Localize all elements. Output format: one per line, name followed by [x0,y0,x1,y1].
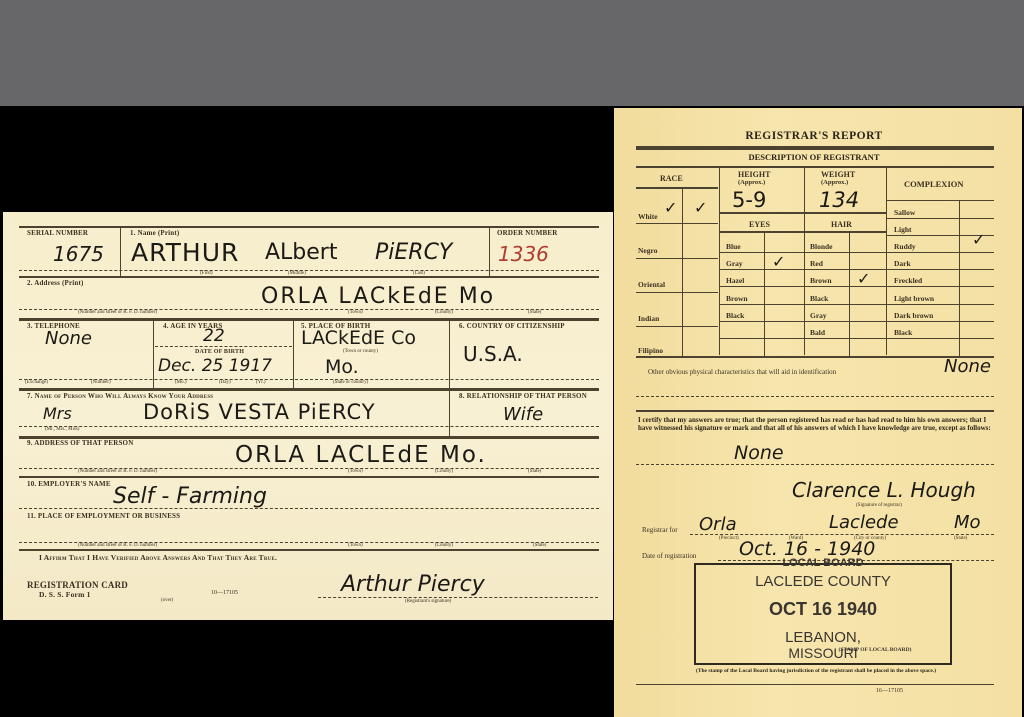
eyes-blue: Blue [726,242,741,251]
height-sub-header: (Approx.) [738,179,765,186]
weight-sub-header: (Approx.) [821,179,848,186]
age-value: 22 [203,326,225,346]
name-label: 1. Name (Print) [130,229,179,237]
county-caption: (County) [435,310,453,315]
eyes-header: EYES [749,220,770,229]
registrar-state-caption: (State) [954,536,967,541]
town-or-county-caption: (Town or county) [343,349,378,354]
contact-address-value: ORLA LACLEdE Mo. [235,442,487,468]
race-oriental: Oriental [638,280,665,289]
form-name: D. S. S. Form 1 [39,590,91,599]
certify-statement: I certify that my answers are true; that… [638,416,1000,432]
citizenship-label: 6. Country of Citizenship [459,322,565,330]
complexion-dark-brown: Dark brown [894,311,933,320]
hair-brown: Brown [810,276,832,285]
contact-name-value: DoRiS VESTA PiERCY [143,400,376,424]
name-last-value: PiERCY [375,240,452,265]
address-value: ORLA LACkEdE Mo [261,284,495,309]
race-white: White [638,212,658,221]
citizenship-value: U.S.A. [463,342,523,366]
weight-header: WEIGHT [821,170,855,179]
complexion-ruddy-checkmark-icon: ✓ [972,230,985,249]
complexion-black: Black [894,328,912,337]
mo-caption: (Mo.) [175,380,187,385]
contact-address-label: 9. Address of That Person [27,439,133,447]
race-negro: Negro [638,246,657,255]
height-header: HEIGHT [738,170,770,179]
telephone-value: None [45,328,92,349]
registrar-for-label: Registrar for [642,526,678,534]
stamp-caption: (STAMP OF LOCAL BOARD) [748,647,1002,653]
description-subtitle: DESCRIPTION OF REGISTRANT [614,152,1014,162]
employment-county-caption: (County) [435,543,453,548]
hair-blonde: Blonde [810,242,833,251]
exceptions-value: None [734,442,784,464]
employment-place-label: 11. Place of Employment or Business [27,512,180,520]
stamp-date: OCT 16 1940 [696,599,950,620]
serial-number-label: SERIAL NUMBER [27,229,88,237]
hair-black: Black [810,294,828,303]
eyes-black: Black [726,311,744,320]
complexion-dark: Dark [894,259,911,268]
form-code: 10—17105 [211,590,238,596]
registration-card-back: REGISTRAR'S REPORT DESCRIPTION OF REGIST… [614,108,1022,717]
contact-title-value: Mrs [43,404,72,423]
complexion-ruddy: Ruddy [894,242,916,251]
hair-header: HAIR [831,220,852,229]
state-caption: (State) [528,310,541,315]
birthplace-town-value: LACkEdE Co [301,327,416,349]
relationship-value: Wife [503,404,543,425]
address-label: 2. Address (Print) [27,279,84,287]
race-white-checkmark-icon: ✓ [664,198,677,217]
registrar-signature-caption: (Signature of registrar) [856,503,902,508]
contact-town-caption: (Town) [348,469,363,474]
weight-value: 134 [819,188,859,212]
county-value: Laclede [829,512,899,533]
employment-address-sub-caption: (Number and street or R. F. D. number) [78,543,157,548]
town-caption: (Town) [348,310,363,315]
hair-bald: Bald [810,328,825,337]
hair-red: Red [810,259,823,268]
contact-county-caption: (County) [435,469,453,474]
other-characteristics-label: Other obvious physical characteristics t… [648,368,836,376]
complexion-header: COMPLEXION [904,179,964,189]
registrar-state-value: Mo [954,512,981,533]
hair-gray: Gray [810,311,827,320]
local-board-stamp: LOCAL BOARD LACLEDE COUNTY OCT 16 1940 L… [694,563,952,665]
order-number-value: 1336 [498,242,549,266]
stamp-note: (The stamp of the Local Board having jur… [696,668,966,674]
exchange-caption: (Exchange) [25,380,48,385]
complexion-freckled: Freckled [894,276,922,285]
stamp-local-board: LOCAL BOARD [696,557,950,569]
name-middle-value: ALbert [265,240,337,265]
affirm-statement: I Affirm That I Have Verified Above Answ… [39,553,277,562]
address-sub-caption: (Number and street or R. F. D. number) [78,310,157,315]
state-or-country-caption: (State or country) [333,380,368,385]
day-caption: (Day) [219,380,231,385]
yr-caption: (Yr.) [256,380,266,385]
stamp-city: LEBANON, [696,629,950,646]
precinct-value: Orla [699,514,737,535]
name-first-value: ARTHUR [131,238,239,267]
over-caption: (over) [161,598,173,603]
race-header: RACE [660,174,683,183]
relationship-label: 8. Relationship of That Person [459,392,587,400]
registrant-signature: Arthur Piercy [341,572,485,597]
viewer-top-bar [0,0,1024,106]
eyes-hazel: Hazel [726,276,744,285]
complexion-light-brown: Light brown [894,294,934,303]
dob-label: Date of Birth [195,349,244,355]
employer-label: 10. Employer's Name [27,480,111,488]
complexion-light: Light [894,225,912,234]
registrar-signature: Clarence L. Hough [792,478,976,502]
height-value: 5-9 [732,188,766,212]
contact-address-sub-caption: (Number and street or R. F. D. number) [78,469,157,474]
serial-number-value: 1675 [53,242,104,266]
employment-town-caption: (Town) [348,543,363,548]
registration-card-title: REGISTRATION CARD [27,580,128,590]
eyes-brown: Brown [726,294,748,303]
registrar-report-title: REGISTRAR'S REPORT [614,130,1014,142]
title-caption: (Mr., Mrs., Miss) [45,427,79,432]
race-filipino: Filipino [638,346,663,355]
date-of-registration-label: Date of registration [642,552,696,560]
back-form-code: 16—17105 [876,688,903,694]
signature-caption: (Registrant's signature) [405,599,451,604]
race-indian: Indian [638,314,659,323]
birthplace-state-value: Mo. [325,356,359,378]
employer-value: Self - Farming [113,484,267,509]
eyes-gray: Gray [726,259,743,268]
order-number-label: ORDER NUMBER [497,229,558,237]
registration-card-front: SERIAL NUMBER 1. Name (Print) ORDER NUMB… [3,212,613,620]
complexion-sallow: Sallow [894,208,915,217]
contact-person-label: 7. Name of Person Who Will Always Know Y… [27,392,213,400]
number-caption: (Number) [91,380,111,385]
precinct-caption: (Precinct) [719,536,739,541]
stamp-county: LACLEDE COUNTY [696,573,950,590]
contact-state-caption: (State) [528,469,541,474]
employment-state-caption: (State) [533,543,546,548]
other-characteristics-value: None [944,356,991,377]
race-checkmark-icon: ✓ [694,198,707,217]
dob-value: Dec. 25 1917 [158,356,272,376]
